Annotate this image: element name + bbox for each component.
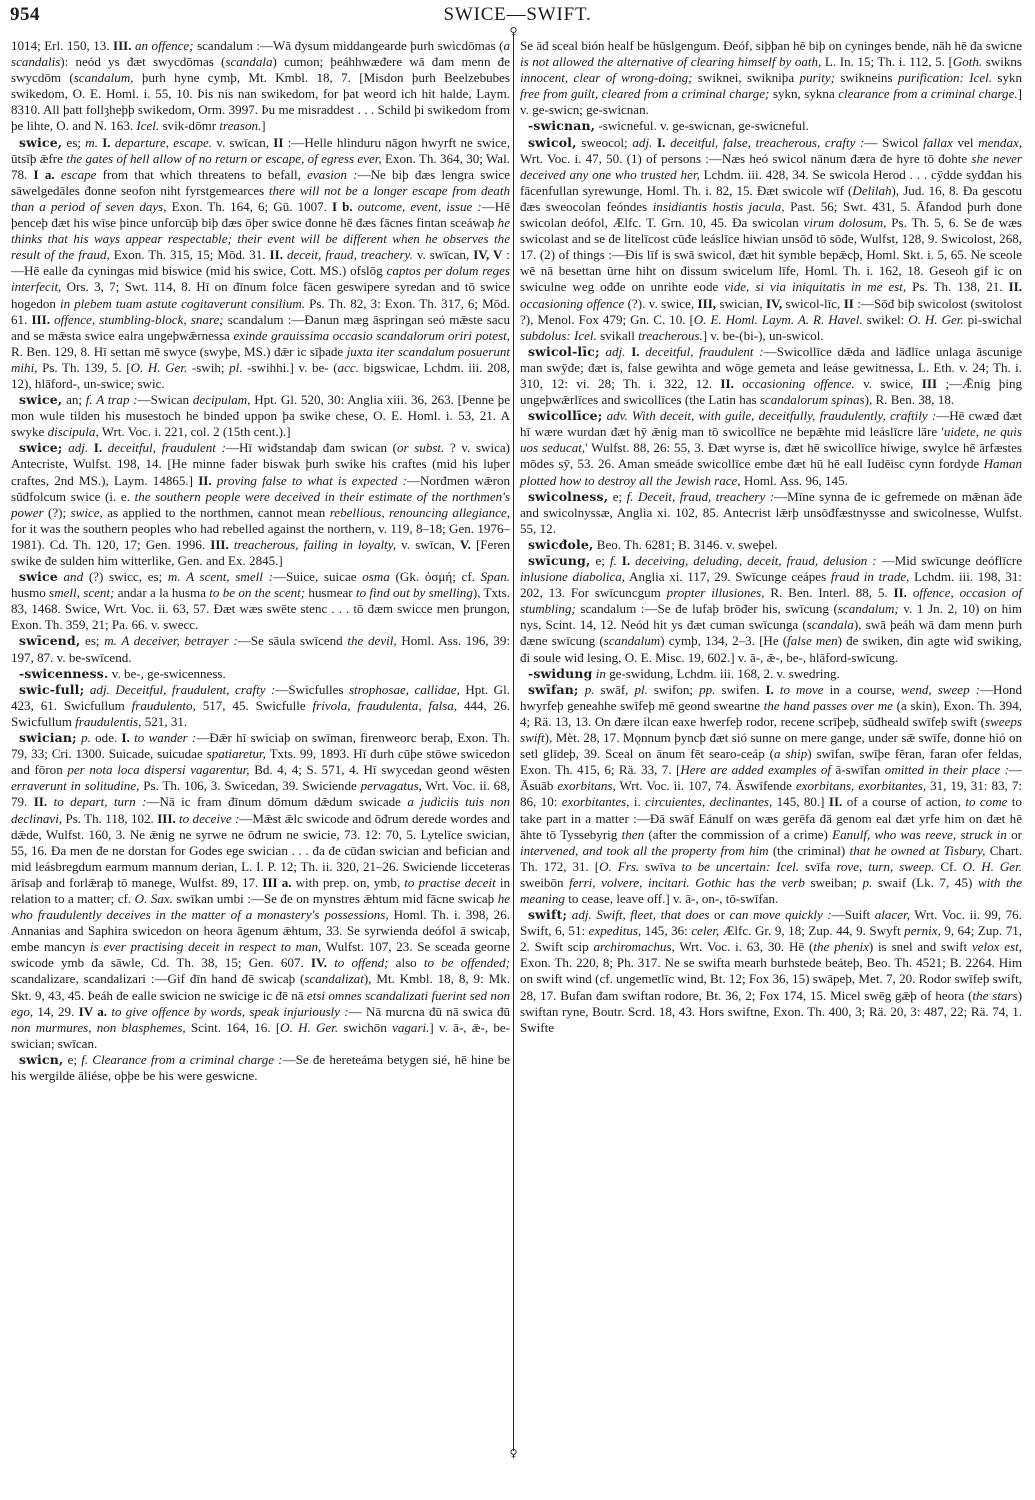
italic-text: Goth. (953, 54, 982, 69)
entry-text: Bd. 4, 4; S. 571, 4. Hī swycedan geond w… (250, 762, 510, 777)
headword: swīfan; (528, 682, 579, 697)
entry-text: swikns (982, 54, 1022, 69)
entry-text: scandalizare, scandalizari :—Gif đīn han… (11, 971, 304, 986)
italic-text: p. (863, 875, 873, 890)
italic-text: p. (585, 682, 595, 697)
entry-text: es; (80, 633, 104, 648)
entry-text: 1014; Erl. 150, 13. (11, 38, 113, 53)
entry-text: —Hī wiđstandaþ đam swican ( (226, 440, 397, 455)
sense-number: I b. (332, 199, 353, 214)
italic-text: O. Frs. (599, 859, 639, 874)
italic-text: is not allowed the alternative of cleari… (520, 54, 821, 69)
entry-text: swicol-līc, (782, 296, 844, 311)
italic-text: scandalum; (838, 601, 899, 616)
entry-text: v. swīcan, (212, 135, 273, 150)
entry-text: e; (591, 553, 610, 568)
italic-text: to wander : (134, 730, 196, 745)
sense-number: I. (631, 344, 639, 359)
italic-text: rove, turn, sweep. (836, 859, 934, 874)
italic-text: pervagatus, (361, 778, 422, 793)
italic-text: per nota loca dispersi vagarentur, (67, 762, 249, 777)
italic-text: scandalum, (74, 70, 134, 85)
italic-text: proving false to what is expected : (217, 473, 407, 488)
italic-text: inlusione diabolica, (520, 569, 625, 584)
italic-text: smell, scent; (49, 585, 114, 600)
entry-text: v. swīcan, (396, 537, 460, 552)
italic-text: can move quickly : (730, 907, 832, 922)
italic-text: swice, (71, 505, 103, 520)
italic-text: decipulam, (193, 392, 251, 407)
italic-text: then (622, 827, 644, 842)
italic-text: deceit, fraud, treachery. (287, 247, 413, 262)
entry-text: swifon; (648, 682, 699, 697)
italic-text: mendax, (978, 135, 1022, 150)
italic-text: discipula, (48, 424, 99, 439)
italic-text: purification: Icel. (898, 70, 992, 85)
entry-text: swifen. (715, 682, 765, 697)
entry-continuation: Se āđ sceal bión healf be hūslgengum. Đe… (520, 38, 1022, 118)
italic-text: is ever practising deceit in respect to … (90, 939, 321, 954)
sense-number: I. (765, 682, 773, 697)
italic-text: exinde grauissima occasio scandalorum or… (233, 328, 510, 343)
entry-text: andar a la husma (114, 585, 209, 600)
italic-text: the stars (972, 988, 1017, 1003)
italic-text: adj. Swift, fleet, that does (572, 907, 710, 922)
entry-text: 517, 45. Swicfulle (196, 698, 313, 713)
entry-text: swiknei, swikniþa (692, 70, 799, 85)
entry-text: -swih; (187, 360, 229, 375)
italic-text: to practise deceit (404, 875, 495, 890)
entry-text: sykn, sykna (769, 86, 838, 101)
italic-text: erraverunt in solitudine, (11, 778, 139, 793)
italic-text: Here are added examples of (680, 762, 831, 777)
italic-text: strophosae, callidae, (349, 682, 460, 697)
italic-text: innocent, clear of wrong-doing; (520, 70, 692, 85)
italic-text: adj. Deceitful, fraudulent, crafty : (90, 682, 275, 697)
italic-text: and (64, 569, 84, 584)
headword: -swicenness. (19, 666, 109, 681)
entry-text: (after the commission of a crime) (644, 827, 832, 842)
sense-number: III a. (262, 875, 291, 890)
entry-text: -swihhi.] v. be- ( (243, 360, 338, 375)
entry-text: Ælfc. Gr. 9, 18; Zup. 44, 9. Swyft (719, 923, 904, 938)
italic-text: occasioning offence. (742, 376, 854, 391)
entry-text: in a course, (824, 682, 901, 697)
entry-text: svīfa (799, 859, 836, 874)
dictionary-entry: swicđole, Beo. Th. 6281; B. 3146. v. swe… (520, 537, 1022, 553)
entry-text: pi-swichal (964, 312, 1022, 327)
entry-text: Wrt. Voc. i. 47, 50. (1) of persons :—Næ… (520, 151, 971, 166)
italic-text: intervened, and took all the property fr… (520, 843, 769, 858)
italic-text: scandalizat (304, 971, 363, 986)
headword: swic-full; (19, 682, 84, 697)
italic-text: or subst. (397, 440, 444, 455)
headword: swīcung, (528, 553, 591, 568)
entry-text: -swicneful. v. ge-swicnan, ge-swicneful. (595, 118, 809, 133)
entry-text: as applied to the northmen, cannot mean (103, 505, 330, 520)
column-divider-rule (513, 34, 514, 1451)
sense-number: III, (698, 296, 717, 311)
sense-number: I. (122, 730, 130, 745)
headword: swicđole, (528, 537, 594, 552)
sense-number: II. (829, 794, 842, 809)
sense-number: II. (894, 585, 907, 600)
italic-text: to move (780, 682, 824, 697)
italic-text: to deceive : (179, 811, 239, 826)
italic-text: adj. (606, 344, 626, 359)
italic-text: pernix, (904, 923, 941, 938)
italic-text: treacherous. (638, 328, 703, 343)
entry-text: Homl. Ass. 96, 145. (741, 473, 848, 488)
rule-bottom-ornament-icon: ♀ (507, 1448, 520, 1460)
italic-text: free from guilt, cleared from a criminal… (520, 86, 769, 101)
italic-text: the gates of hell allow of no return or … (66, 151, 381, 166)
italic-text: pp. (699, 682, 715, 697)
entry-text: or (1007, 827, 1022, 842)
entry-text: — Nā murcna đū nā swica đū (349, 1004, 510, 1019)
entry-text: scandalum :—Wā đysum middangearde þurh s… (194, 38, 504, 53)
italic-text: fraud in trade, (831, 569, 910, 584)
italic-text: occasioning offence (520, 296, 624, 311)
italic-text: spatiaretur, (207, 746, 266, 761)
headword: swice, (19, 392, 62, 407)
entry-text: of a course of action, (842, 794, 965, 809)
entry-text: swichōn (338, 1020, 392, 1035)
entry-text: svikall (597, 328, 638, 343)
dictionary-entry: swicolness, e; f. Deceit, fraud, treache… (520, 489, 1022, 537)
entry-text: e; (608, 489, 626, 504)
entry-text: sweocol; (577, 135, 633, 150)
entry-text: Exon. Th. 220, 8; Ph. 317. Ne se swifta … (520, 955, 1022, 1002)
italic-text: frivola, fraudulenta, falsa, (313, 698, 458, 713)
entry-text: (?). v. swice, (624, 296, 697, 311)
sense-number: III. (157, 811, 176, 826)
italic-text: purity; (799, 70, 835, 85)
italic-text: fraudulentis, (75, 714, 141, 729)
entry-text: —Suift (832, 907, 875, 922)
entry-text: Exon. Th. 164, 6; Gū. 1007. (167, 199, 332, 214)
entry-text: svik-dōmr (159, 118, 219, 133)
sense-number: V. (460, 537, 471, 552)
rule-top-ornament-icon: ♀ (507, 26, 520, 38)
entry-text: Se āđ sceal bión healf be hūslgengum. Đe… (520, 38, 1022, 53)
italic-text: scandala (807, 617, 854, 632)
italic-text: Span. (481, 569, 510, 584)
sense-number: II. (1009, 279, 1022, 294)
italic-text: celer, (691, 923, 719, 938)
entry-text: (Gk. ὀσμή; cf. (390, 569, 481, 584)
entry-text: ge-swidung, Lchdm. iii. 168, 2. v. swedr… (606, 666, 840, 681)
sense-number: III (922, 376, 937, 391)
entry-text: with prep. on, ymb, (292, 875, 405, 890)
italic-text: to be uncertain: Icel. (682, 859, 800, 874)
italic-text: f. Deceit, fraud, treachery : (627, 489, 774, 504)
dictionary-entry: swice; adj. I. deceitful, fraudulent :—H… (11, 440, 510, 569)
dictionary-entry: swician; p. ode. I. to wander :—Đǣr hī s… (11, 730, 510, 1052)
entry-text: to cease, leave off.] v. ā-, on-, tō-swī… (565, 891, 778, 906)
sense-number: I. (102, 135, 110, 150)
italic-text: O. H. Ger. (963, 859, 1022, 874)
headword: swicn, (19, 1052, 63, 1067)
entry-text: vel (953, 135, 978, 150)
italic-text: m. (85, 135, 98, 150)
entry-text: ' Wulfst. 88, 26: 55, 3. Đæt wyrse is, đ… (520, 440, 1022, 471)
entry-text: es; (62, 135, 85, 150)
entry-text: ā-swīfan (831, 762, 885, 777)
italic-text: a ship (774, 746, 807, 761)
dictionary-entry: swīfan; p. swāf, pl. swifon; pp. swifen.… (520, 682, 1022, 907)
entry-text: 14, 29. (33, 1004, 79, 1019)
headword: swicol-līc; (528, 344, 600, 359)
italic-text: departure, escape. (115, 135, 212, 150)
entry-text: e; (63, 1052, 81, 1067)
entry-text: v. be-, ge-swicenness. (109, 666, 226, 681)
sense-number: II (844, 296, 854, 311)
italic-text: false men (787, 633, 838, 648)
entry-text: Ps. Th. 106, 3. Swicedan, 39. Swiciende (139, 778, 360, 793)
entry-text: 521, 31. (141, 714, 187, 729)
italic-text: acc. (338, 360, 359, 375)
entry-text: also (388, 955, 423, 970)
italic-text: treacherous, failing in loyalty, (234, 537, 396, 552)
entry-text: swīva (639, 859, 681, 874)
italic-text: to come (965, 794, 1007, 809)
italic-text: propter illusiones, (667, 585, 765, 600)
italic-text: alacer, (875, 907, 910, 922)
italic-text: O. E. Homl. Laym. A. R. Havel. (694, 312, 863, 327)
entry-text: —Swican (138, 392, 193, 407)
italic-text: outcome, event, issue : (358, 199, 482, 214)
italic-text: subdolus: Icel. (520, 328, 597, 343)
italic-text: an offence; (135, 38, 194, 53)
dictionary-entry: swicol, sweocol; adj. I. deceitful, fals… (520, 135, 1022, 344)
italic-text: fallax (923, 135, 953, 150)
headword: swice, (19, 135, 62, 150)
italic-text: evasion : (307, 167, 357, 182)
italic-text: circuientes, declinantes, (645, 794, 772, 809)
sense-number: IV. (311, 955, 327, 970)
right-column: Se āđ sceal bión healf be hūslgengum. Đe… (520, 38, 1022, 1036)
italic-text: Delilah (852, 183, 891, 198)
italic-text: deceitful, fraudulent : (108, 440, 226, 455)
entry-text: Exon. Th. 315, 15; Mōd. 31. (110, 247, 270, 262)
italic-text: the devil, (347, 633, 396, 648)
entry-text: —Mid swīcunge deóflīcre (877, 553, 1022, 568)
italic-text: omitted in their place : (885, 762, 1009, 777)
italic-text: adj. (68, 440, 88, 455)
entry-text: —Se sāula swīcend (238, 633, 348, 648)
entry-text: Wrt. Voc. ii. 107, 74. Āswīfende (616, 778, 796, 793)
entry-text: Wrt. Voc. i. 63, 30. Hē ( (675, 939, 814, 954)
italic-text: velox est, (972, 939, 1022, 954)
italic-text: clearance from a criminal charge. (838, 86, 1017, 101)
headword: swician; (19, 730, 77, 745)
dictionary-entry: -swicenness. v. be-, ge-swicenness. (11, 666, 510, 682)
italic-text: to give offence by words, speak injuriou… (111, 1004, 348, 1019)
headword: -swidung (528, 666, 592, 681)
entry-text: i. (630, 794, 646, 809)
entry-text: ), R. Ben. 38, 18. (865, 392, 955, 407)
entry-text: Ps. Th. 118, 102. (62, 811, 157, 826)
entry-text: R. Ben. Interl. 88, 5. (764, 585, 893, 600)
italic-text: wend, sweep : (901, 682, 980, 697)
italic-text: to be on the scent; (209, 585, 305, 600)
dictionary-entry: swicol-līc; adj. I. deceitful, fraudulen… (520, 344, 1022, 408)
italic-text: scandala (225, 54, 272, 69)
italic-text: vagari. (392, 1020, 429, 1035)
entry-text: or (709, 907, 729, 922)
entry-text: from that which threatens to befall, (96, 167, 307, 182)
sense-number: II. (270, 247, 283, 262)
italic-text: to offend; (334, 955, 388, 970)
entry-text: ): neód ys đæt swycdōmas ( (60, 54, 225, 69)
italic-text: O. Sax. (135, 891, 173, 906)
entry-text: 145, 80.] (772, 794, 829, 809)
entry-text: —Nā ic fram đīnum dōmum dǣdum swicade (146, 794, 407, 809)
sense-number: IV, V (473, 247, 502, 262)
entry-text: swīkan umbi :—Se đe on mynstres ǣhtum mi… (173, 891, 498, 906)
entry-text: swikneins (835, 70, 898, 85)
entry-text: —Suice, suicae (273, 569, 362, 584)
italic-text: fraudulento, (132, 698, 196, 713)
italic-text: deceitful, fraudulent : (645, 344, 763, 359)
sense-number: III. (113, 38, 132, 53)
headword: swift; (528, 907, 567, 922)
entry-text: (?) swicc, es; (83, 569, 168, 584)
dictionary-entry: swīcend, es; m. A deceiver, betrayer :—S… (11, 633, 510, 665)
italic-text: virum dolosum, (804, 215, 887, 230)
sense-number: IV a. (79, 1004, 107, 1019)
italic-text: scandalorum spinas (760, 392, 865, 407)
dictionary-entry: -swicnan, -swicneful. v. ge-swicnan, ge-… (520, 118, 1022, 134)
headword: swice; (19, 440, 63, 455)
entry-text: 145, 36: (641, 923, 691, 938)
italic-text: the phenix (813, 939, 869, 954)
italic-text: pl. (634, 682, 647, 697)
italic-text: deceitful, false, treacherous, crafty : (670, 135, 864, 150)
italic-text: O. H. Ger. (908, 312, 963, 327)
sense-number: I. (94, 440, 102, 455)
entry-text: v. swice, (855, 376, 922, 391)
italic-text: archiromachus, (594, 939, 675, 954)
entry-text: swician, (716, 296, 766, 311)
italic-text: treason. (219, 118, 261, 133)
entry-continuation: 1014; Erl. 150, 13. III. an offence; sca… (11, 38, 510, 135)
italic-text: non murmures, non blasphemes, (11, 1020, 186, 1035)
entry-text: sykn (992, 70, 1022, 85)
italic-text: to find out by smelling (356, 585, 473, 600)
italic-text: Icel. (136, 118, 159, 133)
sense-number: III. (210, 537, 229, 552)
entry-text: swaif (Lk. 7, 45) (872, 875, 978, 890)
italic-text: in plebem tuam astute cogitaverunt consi… (60, 296, 305, 311)
entry-text (734, 376, 742, 391)
italic-text: exorbitantes, (562, 794, 630, 809)
italic-text: expeditus, (589, 923, 642, 938)
italic-text: Eanulf, who was reeve, struck in (832, 827, 1007, 842)
headword: swice (19, 569, 58, 584)
italic-text: in (596, 666, 606, 681)
dictionary-entry: swice and (?) swicc, es; m. A scent, sme… (11, 569, 510, 633)
entry-text: ] (261, 118, 265, 133)
headword: swicollīce; (528, 408, 602, 423)
entry-text: husmo (11, 585, 49, 600)
entry-text: R. Ben. 129, 8. Hī settan mē swyce (swyþ… (11, 344, 347, 359)
italic-text: to be offended; (424, 955, 510, 970)
entry-text: ) is snel and swift (869, 939, 972, 954)
sense-number: III. (31, 312, 50, 327)
italic-text: the hand passes over me (764, 698, 893, 713)
italic-text: O. H. Ger. (280, 1020, 338, 1035)
entry-text: Cf. (934, 859, 962, 874)
dictionary-entry: swicn, e; f. Clearance from a criminal c… (11, 1052, 510, 1084)
entry-text: husmear (305, 585, 356, 600)
entry-text: swāf, (595, 682, 635, 697)
entry-text: ) cymþ, 134, 2–3. [He ( (660, 633, 787, 648)
entry-text: (?); (44, 505, 71, 520)
italic-text: exorbitans, exorbitantes, (796, 778, 926, 793)
headword: swicol, (528, 135, 577, 150)
headword: swicolness, (528, 489, 608, 504)
entry-text: —Swicfulles (275, 682, 349, 697)
entry-text: ode. (91, 730, 122, 745)
entry-text: ] v. be-(bi-), un-swicol. (703, 328, 824, 343)
running-head: SWICE—SWIFT. (0, 4, 1035, 26)
italic-text: m. A scent, smell : (168, 569, 273, 584)
entry-text: an; (62, 392, 86, 407)
entry-text: Wrt. Voc. i. 221, col. 2 (15th cent.).] (99, 424, 291, 439)
italic-text: exorbitans, (557, 778, 615, 793)
dictionary-entry: swicollīce; adv. With deceit, with guile… (520, 408, 1022, 488)
entry-text: swikel: (863, 312, 909, 327)
sense-number: II. (198, 473, 211, 488)
entry-text: L. In. 15; Th. i. 112, 5. [ (821, 54, 952, 69)
italic-text: f. Clearance from a criminal charge : (81, 1052, 282, 1067)
italic-text: O. H. Ger. (131, 360, 188, 375)
italic-text: pl. (229, 360, 242, 375)
italic-text: m. A deceiver, betrayer : (104, 633, 237, 648)
dictionary-entry: swīcung, e; f. I. deceiving, deluding, d… (520, 553, 1022, 666)
italic-text: rebellious, renouncing allegiance, (330, 505, 510, 520)
headword: swīcend, (19, 633, 80, 648)
entry-text: sweibōn (520, 875, 569, 890)
entry-text: Scint. 164, 16. [ (186, 1020, 281, 1035)
italic-text: scandalum (604, 633, 661, 648)
dictionary-entry: swice, an; f. A trap :—Swican decipulam,… (11, 392, 510, 440)
italic-text: insidiantis hostis jacula, (653, 199, 785, 214)
headword: -swicnan, (528, 118, 595, 133)
entry-text: v. swīcan, (413, 247, 473, 262)
italic-text: offence, stumbling-block, snare; (54, 312, 223, 327)
entry-text: (the criminal) (769, 843, 850, 858)
italic-text: adj. (632, 135, 652, 150)
italic-text: ferri, volvere, incitari. Gothic has the… (569, 875, 805, 890)
entry-text: Ps. Th. 139, 5. [ (37, 360, 130, 375)
sense-number: II. (34, 794, 47, 809)
italic-text: deceiving, deluding, deceit, fraud, delu… (635, 553, 877, 568)
sense-number: I a. (34, 167, 55, 182)
entry-text: Beo. Th. 6281; B. 3146. v. sweþel. (594, 537, 778, 552)
dictionary-entry: -swidung in ge-swidung, Lchdm. iii. 168,… (520, 666, 1022, 682)
left-column: 1014; Erl. 150, 13. III. an offence; sca… (11, 38, 510, 1084)
italic-text: p. (81, 730, 91, 745)
dictionary-entry: swice, es; m. I. departure, escape. v. s… (11, 135, 510, 393)
italic-text: vide, si via iniquitatis in me est, (724, 279, 906, 294)
italic-text: adv. With deceit, with guile, deceitfull… (607, 408, 937, 423)
entry-text: sweiban; (805, 875, 863, 890)
italic-text: that he owned at Tisbury, (850, 843, 986, 858)
sense-number: IV, (766, 296, 782, 311)
